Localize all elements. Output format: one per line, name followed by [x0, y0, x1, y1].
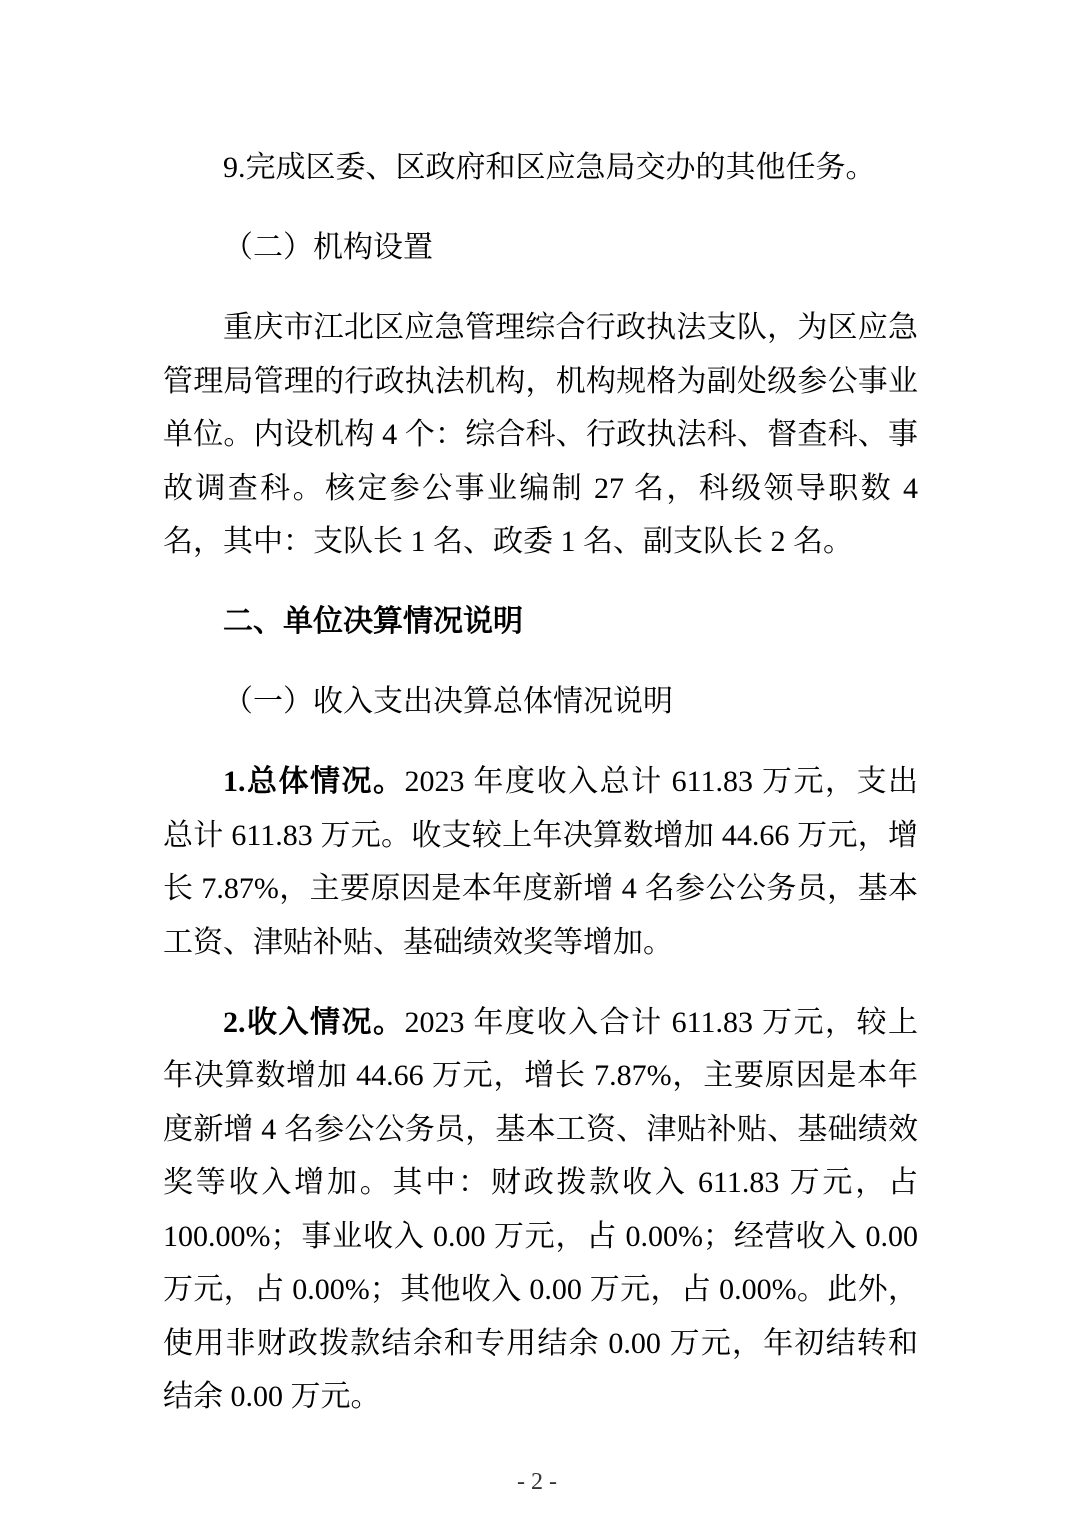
- paragraph-task-item-9: 9.完成区委、区政府和区应急局交办的其他任务。: [163, 141, 918, 195]
- section-heading-final-accounts: 二、单位决算情况说明: [163, 595, 918, 649]
- paragraph-income-situation: 2.收入情况。2023 年度收入合计 611.83 万元，较上年决算数增加 44…: [163, 996, 918, 1424]
- subheading-org-setup: （二）机构设置: [163, 221, 918, 275]
- page-number: - 2 -: [0, 1467, 1074, 1497]
- paragraph-overall-situation: 1.总体情况。2023 年度收入总计 611.83 万元，支出总计 611.83…: [163, 755, 918, 969]
- document-body: 9.完成区委、区政府和区应急局交办的其他任务。 （二）机构设置 重庆市江北区应急…: [163, 141, 918, 1424]
- document-page: { "page": { "background_color": "#ffffff…: [0, 0, 1074, 1520]
- paragraph-org-setup: 重庆市江北区应急管理综合行政执法支队，为区应急管理局管理的行政执法机构，机构规格…: [163, 301, 918, 569]
- paragraph-income-lead: 2.收入情况。: [223, 1006, 405, 1039]
- subheading-income-expense-overview: （一）收入支出决算总体情况说明: [163, 675, 918, 729]
- paragraph-overall-lead: 1.总体情况。: [223, 765, 405, 798]
- paragraph-income-body: 2023 年度收入合计 611.83 万元，较上年决算数增加 44.66 万元，…: [163, 1006, 918, 1414]
